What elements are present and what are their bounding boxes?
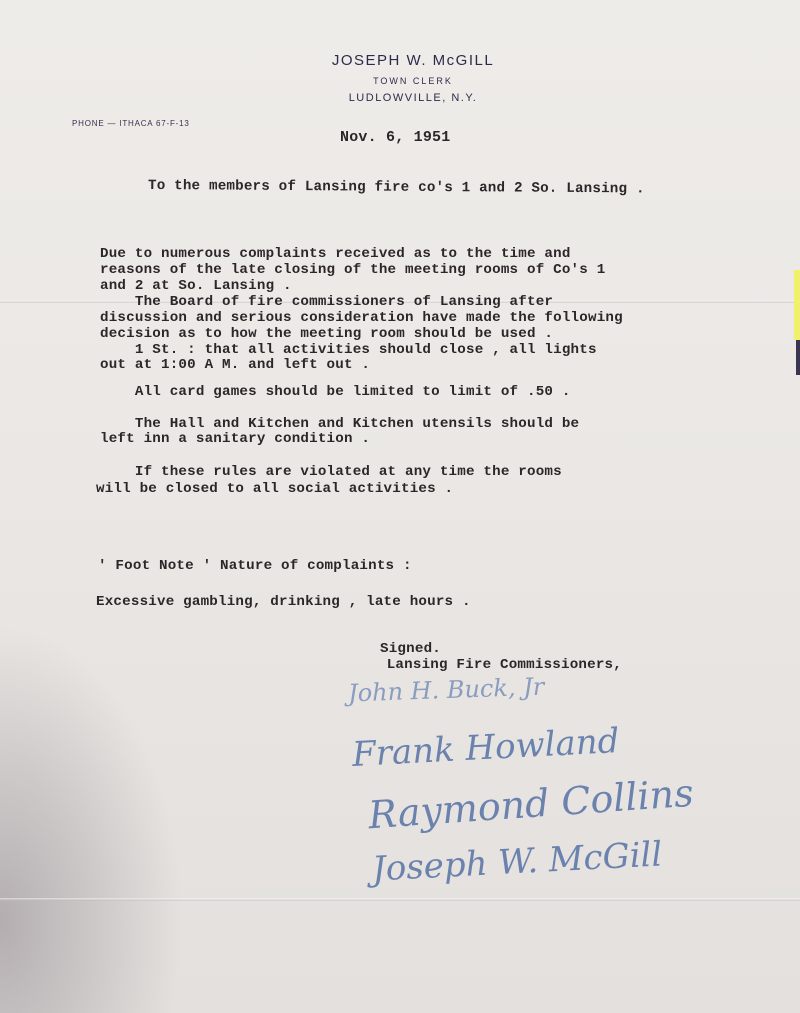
- paper-fold-line: [0, 898, 800, 901]
- body-line: The Board of fire commissioners of Lansi…: [100, 294, 553, 310]
- body-line: decision as to how the meeting room shou…: [100, 326, 553, 342]
- footnote-text: Excessive gambling, drinking , late hour…: [96, 594, 471, 610]
- letter-date: Nov. 6, 1951: [340, 129, 450, 146]
- body-line: will be closed to all social activities …: [96, 481, 453, 497]
- body-line: The Hall and Kitchen and Kitchen utensil…: [100, 416, 579, 432]
- letterhead-name: JOSEPH W. McGILL: [13, 52, 800, 69]
- body-line: If these rules are violated at any time …: [100, 464, 562, 480]
- signatory-group: Lansing Fire Commissioners,: [378, 657, 622, 673]
- body-line: and 2 at So. Lansing .: [100, 278, 292, 294]
- background-edge: [794, 270, 800, 340]
- body-line: out at 1:00 A M. and left out .: [100, 357, 370, 373]
- letterhead-title: TOWN CLERK: [13, 76, 800, 86]
- body-line: Due to numerous complaints received as t…: [100, 246, 571, 262]
- background-edge: [796, 340, 800, 375]
- footnote-label: ' Foot Note ' Nature of complaints :: [98, 558, 412, 574]
- rule-card-games: All card games should be limited to limi…: [100, 384, 571, 400]
- body-line: discussion and serious consideration hav…: [100, 310, 623, 326]
- body-line: reasons of the late closing of the meeti…: [100, 262, 605, 278]
- letterhead-phone: PHONE — ITHACA 67-F-13: [72, 119, 190, 128]
- signed-label: Signed.: [380, 641, 441, 657]
- letterhead-place: LUDLOWVILLE, N.Y.: [13, 92, 800, 104]
- body-line: left inn a sanitary condition .: [100, 431, 370, 447]
- body-line: 1 St. : that all activities should close…: [100, 342, 597, 358]
